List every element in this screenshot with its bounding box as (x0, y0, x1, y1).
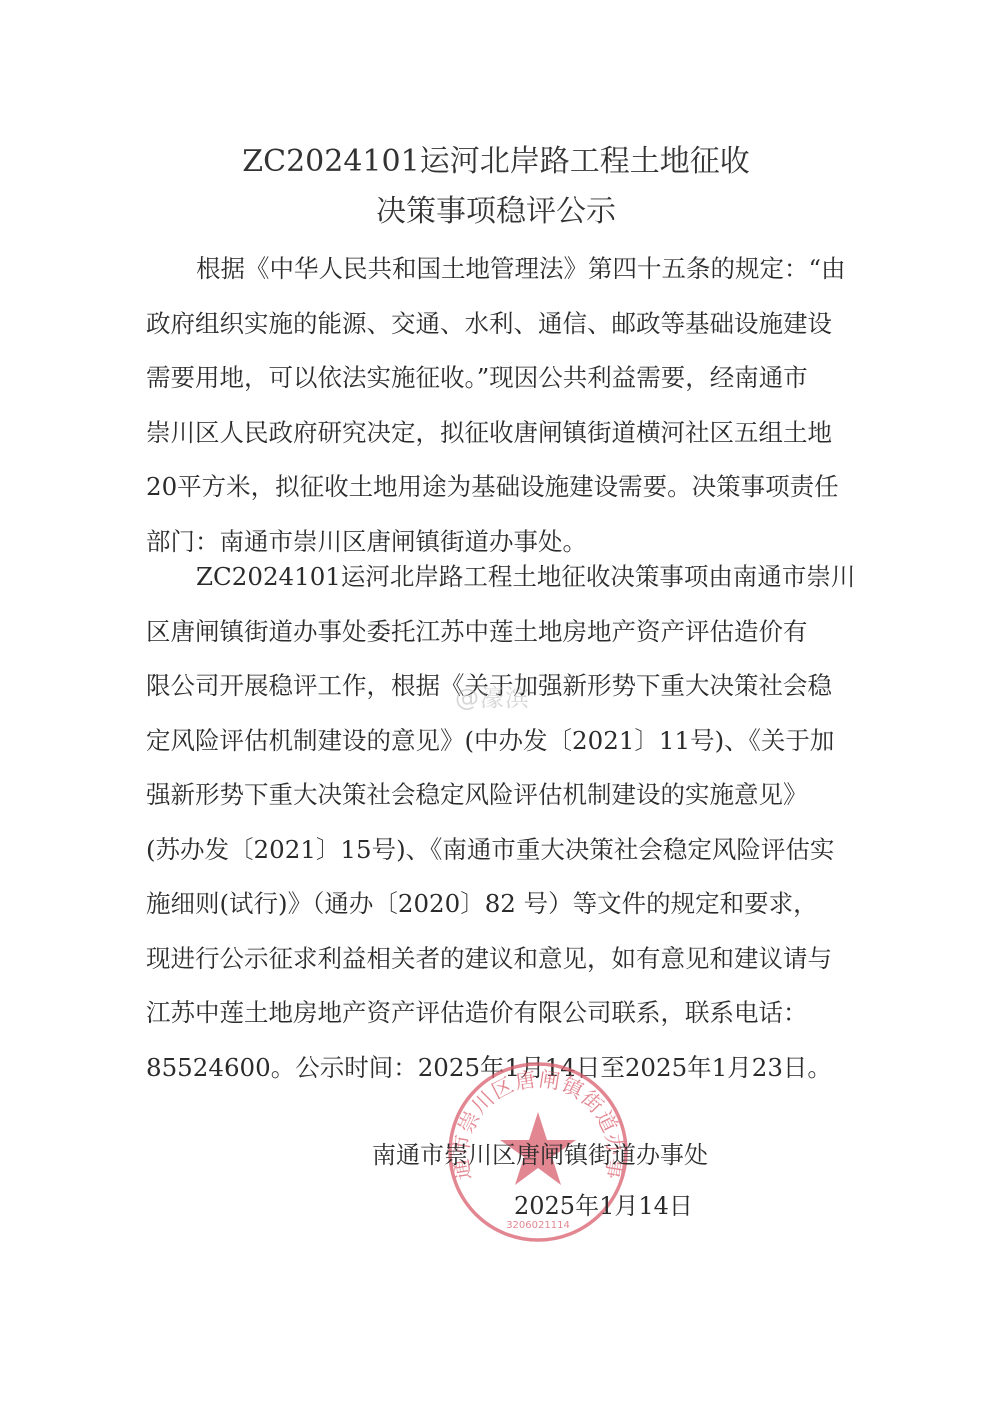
paragraph-line: 政府组织实施的能源、交通、水利、通信、邮政等基础设施建设 (146, 297, 846, 352)
paragraph-line: 根据《中华人民共和国土地管理法》第四十五条的规定：“由 (146, 242, 846, 297)
signature-organization: 南通市崇川区唐闸镇街道办事处 (372, 1135, 708, 1170)
watermark: @濠滨 (455, 678, 530, 713)
paragraph-line: ZC2024101运河北岸路工程土地征收决策事项由南通市崇川 (146, 550, 846, 605)
seal-code: 3206021114 (506, 1220, 570, 1231)
paragraph-line: 现进行公示征求利益相关者的建议和意见，如有意见和建议请与 (146, 932, 846, 987)
paragraph-line: 江苏中莲土地房地产资产评估造价有限公司联系，联系电话： (146, 986, 846, 1041)
paragraph-line: 强新形势下重大决策社会稳定风险评估机制建设的实施意见》 (146, 768, 846, 823)
document-title-line1: ZC2024101运河北岸路工程土地征收 (0, 136, 992, 180)
paragraph-line: 需要用地，可以依法实施征收。”现因公共利益需要，经南通市 (146, 351, 846, 406)
paragraph-line: (苏办发〔2021〕15号)、《南通市重大决策社会稳定风险评估实 (146, 823, 846, 878)
paragraph-line: 施细则(试行)》（通办〔2020〕82 号）等文件的规定和要求， (146, 877, 846, 932)
paragraph-assessment: ZC2024101运河北岸路工程土地征收决策事项由南通市崇川 区唐闸镇街道办事处… (146, 550, 846, 1095)
document-title-line2: 决策事项稳评公示 (0, 186, 992, 230)
paragraph-line: 区唐闸镇街道办事处委托江苏中莲土地房地产资产评估造价有 (146, 605, 846, 660)
paragraph-legal-basis: 根据《中华人民共和国土地管理法》第四十五条的规定：“由 政府组织实施的能源、交通… (146, 242, 846, 569)
paragraph-line: 崇川区人民政府研究决定，拟征收唐闸镇街道横河社区五组土地 (146, 406, 846, 461)
paragraph-line: 定风险评估机制建设的意见》(中办发〔2021〕11号)、《关于加 (146, 714, 846, 769)
paragraph-line: 20平方米，拟征收土地用途为基础设施建设需要。决策事项责任 (146, 460, 846, 515)
signature-date: 2025年1月14日 (514, 1186, 693, 1221)
